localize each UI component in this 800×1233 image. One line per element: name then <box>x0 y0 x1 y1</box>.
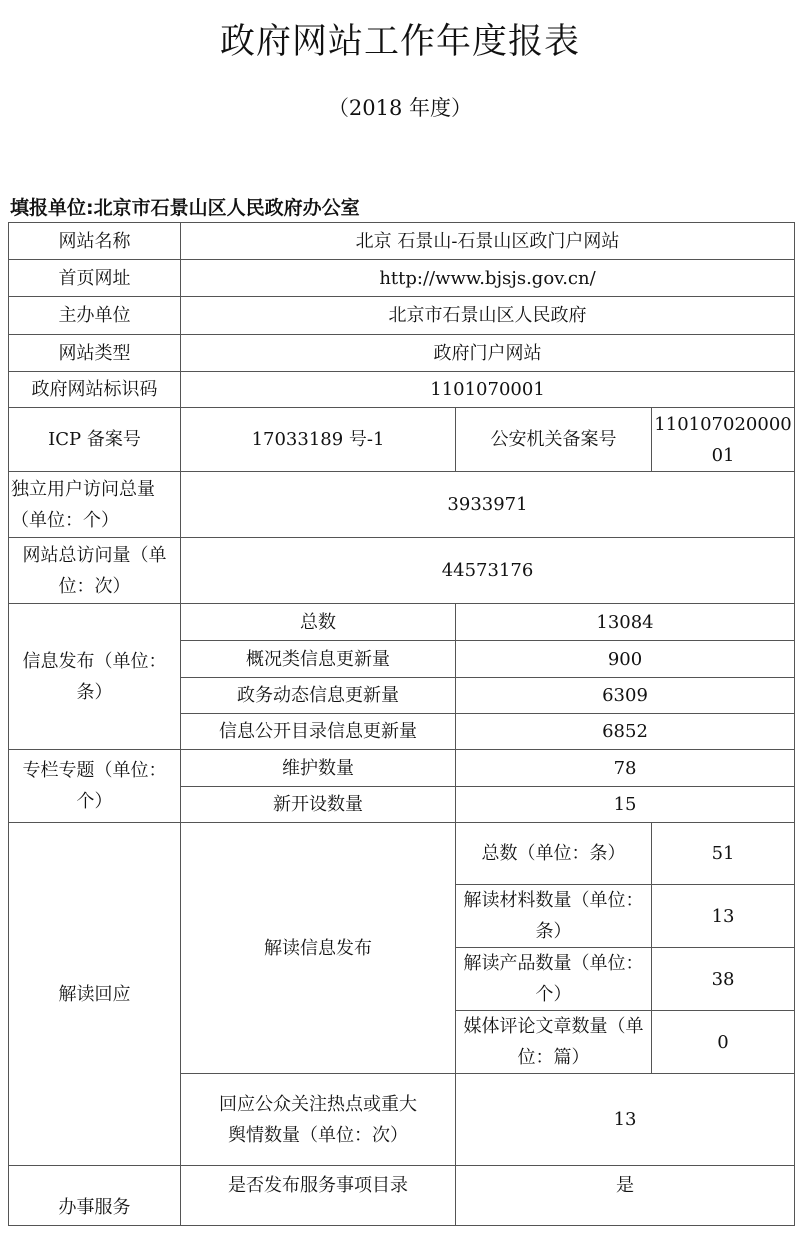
group-label: 办事服务 <box>9 1166 181 1226</box>
value-cell: 1101070001 <box>181 372 795 408</box>
table-row: 网站总访问量（单位：次） 44573176 <box>9 538 795 604</box>
group-label: 信息发布（单位：条） <box>9 604 181 750</box>
value-cell: 51 <box>652 823 795 885</box>
report-year: （2018 年度） <box>0 92 800 122</box>
sub-group-label: 解读信息发布 <box>181 823 456 1074</box>
label-cell: 新开设数量 <box>181 787 456 823</box>
table-row: 独立用户访问总量（单位：个） 3933971 <box>9 472 795 538</box>
label-cell: 总数 <box>181 604 456 641</box>
value-cell: 44573176 <box>181 538 795 604</box>
label-cell: 媒体评论文章数量（单位：篇） <box>456 1011 652 1074</box>
report-table: 网站名称 北京 石景山-石景山区政门户网站 首页网址 http://www.bj… <box>8 222 795 1226</box>
table-row: 解读回应 解读信息发布 总数（单位：条） 51 <box>9 823 795 885</box>
label-cell: ICP 备案号 <box>9 408 181 472</box>
value-cell: 15 <box>456 787 795 823</box>
value-cell: 13 <box>652 885 795 948</box>
table-row: 首页网址 http://www.bjsjs.gov.cn/ <box>9 260 795 297</box>
value-cell: 11010702000001 <box>652 408 795 472</box>
label-cell: 总数（单位：条） <box>456 823 652 885</box>
table-row: 信息发布（单位：条） 总数 13084 <box>9 604 795 641</box>
value-cell: 900 <box>456 641 795 678</box>
label-cell: 首页网址 <box>9 260 181 297</box>
page-title: 政府网站工作年度报表 <box>0 14 800 64</box>
value-cell: 3933971 <box>181 472 795 538</box>
label-cell: 信息公开目录信息更新量 <box>181 714 456 750</box>
label-cell: 是否发布服务事项目录 <box>181 1166 456 1226</box>
label-cell: 解读产品数量（单位：个） <box>456 948 652 1011</box>
table-row: ICP 备案号 17033189 号-1 公安机关备案号 11010702000… <box>9 408 795 472</box>
label-cell: 回应公众关注热点或重大舆情数量（单位：次） <box>181 1074 456 1166</box>
label-cell: 网站名称 <box>9 223 181 260</box>
group-label: 解读回应 <box>9 823 181 1166</box>
label-cell: 概况类信息更新量 <box>181 641 456 678</box>
label-cell: 主办单位 <box>9 297 181 335</box>
value-cell: 17033189 号-1 <box>181 408 456 472</box>
value-cell: 北京 石景山-石景山区政门户网站 <box>181 223 795 260</box>
label-cell: 网站类型 <box>9 335 181 372</box>
label-cell: 公安机关备案号 <box>456 408 652 472</box>
value-cell: 政府门户网站 <box>181 335 795 372</box>
value-cell: 38 <box>652 948 795 1011</box>
value-cell: 北京市石景山区人民政府 <box>181 297 795 335</box>
label-cell: 政府网站标识码 <box>9 372 181 408</box>
table-row: 政府网站标识码 1101070001 <box>9 372 795 408</box>
label-cell: 网站总访问量（单位：次） <box>9 538 181 604</box>
value-cell: 78 <box>456 750 795 787</box>
table-row: 网站类型 政府门户网站 <box>9 335 795 372</box>
reporting-unit: 填报单位:北京市石景山区人民政府办公室 <box>10 193 360 220</box>
table-row: 办事服务 是否发布服务事项目录 是 <box>9 1166 795 1226</box>
value-cell: 13 <box>456 1074 795 1166</box>
homepage-url: http://www.bjsjs.gov.cn/ <box>181 260 795 297</box>
value-cell: 0 <box>652 1011 795 1074</box>
value-cell: 是 <box>456 1166 795 1226</box>
table-row: 主办单位 北京市石景山区人民政府 <box>9 297 795 335</box>
label-cell: 解读材料数量（单位：条） <box>456 885 652 948</box>
value-cell: 13084 <box>456 604 795 641</box>
label-cell: 维护数量 <box>181 750 456 787</box>
label-cell: 独立用户访问总量（单位：个） <box>9 472 181 538</box>
group-label: 专栏专题（单位：个） <box>9 750 181 823</box>
table-row: 专栏专题（单位：个） 维护数量 78 <box>9 750 795 787</box>
table-row: 网站名称 北京 石景山-石景山区政门户网站 <box>9 223 795 260</box>
value-cell: 6309 <box>456 678 795 714</box>
label-cell: 政务动态信息更新量 <box>181 678 456 714</box>
value-cell: 6852 <box>456 714 795 750</box>
